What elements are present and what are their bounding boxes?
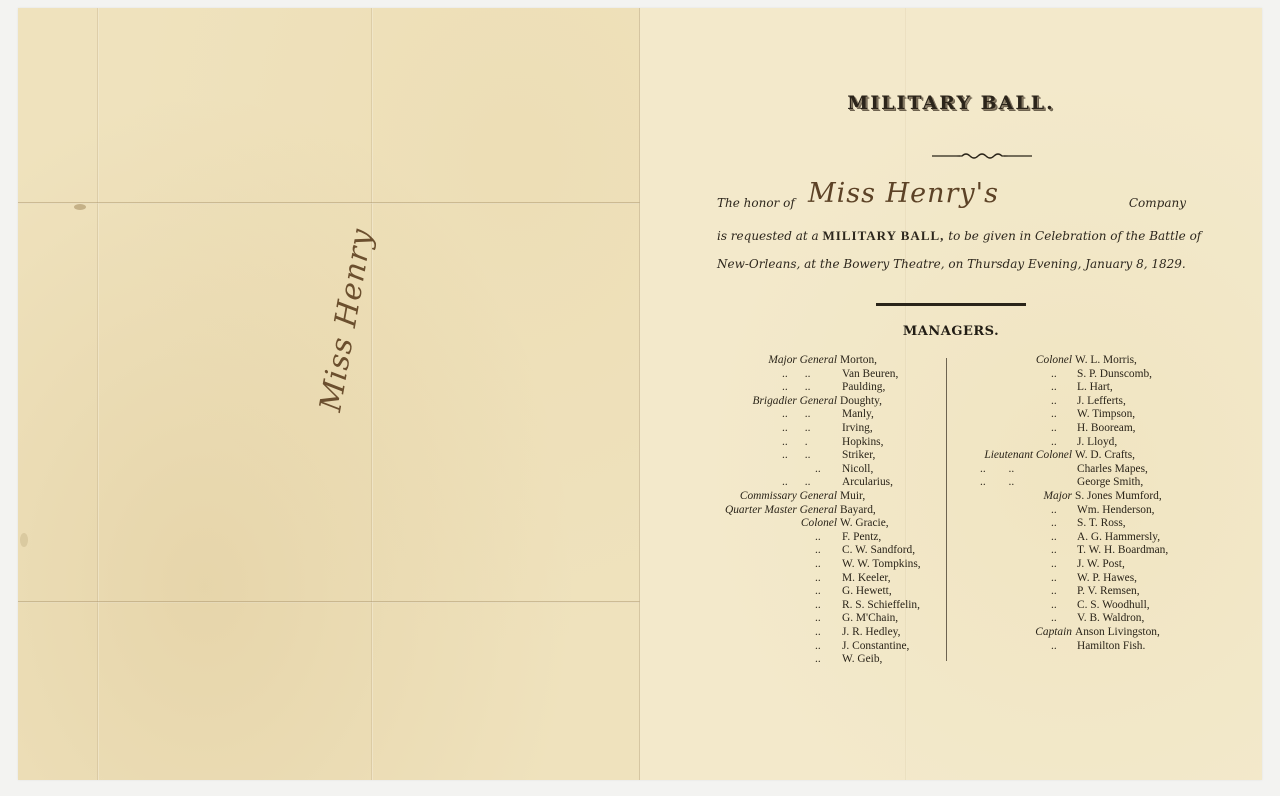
manager-name: W. P. Hawes, xyxy=(1077,572,1137,584)
manager-entry: Brigadier GeneralDoughty, xyxy=(700,395,960,409)
manager-name: P. V. Remsen, xyxy=(1077,585,1140,597)
manager-name: S. Jones Mumford, xyxy=(1075,490,1162,502)
ditto-marks: .. xyxy=(815,544,821,556)
flourish-ornament xyxy=(932,150,1032,162)
manager-rank: Major xyxy=(1044,490,1072,502)
ditto-marks: .. .. xyxy=(980,463,1014,475)
fold-line xyxy=(18,601,640,603)
ink-stain xyxy=(20,533,28,547)
manager-entry: ..J. Lloyd, xyxy=(940,436,1200,450)
manager-entry: ..A. G. Hammersly, xyxy=(940,531,1200,545)
manager-name: J. Lefferts, xyxy=(1077,395,1126,407)
ditto-marks: .. xyxy=(1051,558,1057,570)
ditto-marks: .. xyxy=(1051,585,1057,597)
manager-name: W. L. Morris, xyxy=(1075,354,1137,366)
manager-name: Anson Livingston, xyxy=(1075,626,1160,638)
manager-name: S. P. Dunscomb, xyxy=(1077,368,1152,380)
manager-rank: Major General xyxy=(768,354,837,366)
invitation-company: Company xyxy=(1129,196,1186,210)
managers-heading: MANAGERS. xyxy=(640,324,1262,339)
manager-name: Morton, xyxy=(840,354,877,366)
invitation-line-2: is requested at a MILITARY BALL, to be g… xyxy=(717,228,1197,244)
manager-entry: ..S. T. Ross, xyxy=(940,517,1200,531)
manager-name: J. Lloyd, xyxy=(1077,436,1117,448)
manager-entry: ..J. W. Post, xyxy=(940,558,1200,572)
manager-entry: .. ..Charles Mapes, xyxy=(940,463,1200,477)
ditto-marks: .. xyxy=(1051,381,1057,393)
manager-rank: Captain xyxy=(1035,626,1072,638)
manager-name: Striker, xyxy=(842,449,875,461)
manager-entry: ..P. V. Remsen, xyxy=(940,585,1200,599)
manager-entry: ..L. Hart, xyxy=(940,381,1200,395)
manager-rank: Colonel xyxy=(1036,354,1072,366)
manager-entry: ..W. Geib, xyxy=(700,653,960,667)
ditto-marks: .. xyxy=(1051,517,1057,529)
manager-name: V. B. Waldron, xyxy=(1077,612,1144,624)
manager-entry: ..J. Constantine, xyxy=(700,640,960,654)
manager-entry: ..Nicoll, xyxy=(700,463,960,477)
invitation-prefix: The honor of xyxy=(717,196,795,210)
address-handwriting: Miss Henry xyxy=(313,221,380,414)
manager-name: J. W. Post, xyxy=(1077,558,1125,570)
page-title: MILITARY BALL. xyxy=(640,92,1262,114)
manager-name: Muir, xyxy=(840,490,865,502)
manager-entry: Major GeneralMorton, xyxy=(700,354,960,368)
manager-entry: .. ..Manly, xyxy=(700,408,960,422)
manager-entry: Commissary GeneralMuir, xyxy=(700,490,960,504)
manager-name: C. W. Sandford, xyxy=(842,544,915,556)
manager-name: L. Hart, xyxy=(1077,381,1113,393)
manager-name: Arcularius, xyxy=(842,476,893,488)
manager-name: Irving, xyxy=(842,422,873,434)
manager-name: Van Beuren, xyxy=(842,368,898,380)
ditto-marks: .. xyxy=(815,640,821,652)
manager-name: W. D. Crafts, xyxy=(1075,449,1135,461)
manager-name: Paulding, xyxy=(842,381,885,393)
ditto-marks: .. xyxy=(1051,612,1057,624)
section-rule xyxy=(876,303,1026,306)
manager-rank: Colonel xyxy=(801,517,837,529)
manager-entry: ..C. S. Woodhull, xyxy=(940,599,1200,613)
manager-name: Hamilton Fish. xyxy=(1077,640,1145,652)
ditto-marks: .. xyxy=(815,653,821,665)
manager-name: Manly, xyxy=(842,408,874,420)
ditto-marks: .. .. xyxy=(980,476,1014,488)
ditto-marks: .. xyxy=(1051,408,1057,420)
manager-entry: ..J. Lefferts, xyxy=(940,395,1200,409)
ditto-marks: .. .. xyxy=(782,368,810,380)
ditto-marks: .. xyxy=(815,626,821,638)
manager-entry: ..S. P. Dunscomb, xyxy=(940,368,1200,382)
ditto-marks: .. xyxy=(815,572,821,584)
manager-entry: .. .Hopkins, xyxy=(700,436,960,450)
ditto-marks: .. . xyxy=(782,436,808,448)
ditto-marks: .. xyxy=(1051,531,1057,543)
manager-name: M. Keeler, xyxy=(842,572,891,584)
manager-entry: ..R. S. Schieffelin, xyxy=(700,599,960,613)
ditto-marks: .. xyxy=(1051,368,1057,380)
manager-entry: ColonelW. Gracie, xyxy=(700,517,960,531)
manager-name: C. S. Woodhull, xyxy=(1077,599,1150,611)
manager-entry: ..V. B. Waldron, xyxy=(940,612,1200,626)
envelope-address: Miss Henry xyxy=(314,230,374,410)
manager-entry: ColonelW. L. Morris, xyxy=(940,354,1200,368)
manager-name: R. S. Schieffelin, xyxy=(842,599,920,611)
manager-entry: Quarter Master GeneralBayard, xyxy=(700,504,960,518)
manager-entry: ..H. Booream, xyxy=(940,422,1200,436)
manager-name: W. W. Tompkins, xyxy=(842,558,921,570)
fold-line xyxy=(18,202,640,204)
manager-name: H. Booream, xyxy=(1077,422,1136,434)
ditto-marks: .. xyxy=(815,599,821,611)
manager-entry: .. ..Van Beuren, xyxy=(700,368,960,382)
manager-entry: .. ..Arcularius, xyxy=(700,476,960,490)
fold-line xyxy=(97,8,99,780)
manager-name: F. Pentz, xyxy=(842,531,881,543)
manager-name: Doughty, xyxy=(840,395,882,407)
manager-name: Charles Mapes, xyxy=(1077,463,1148,475)
manager-entry: ..C. W. Sandford, xyxy=(700,544,960,558)
manager-entry: MajorS. Jones Mumford, xyxy=(940,490,1200,504)
manager-name: A. G. Hammersly, xyxy=(1077,531,1160,543)
manager-name: T. W. H. Boardman, xyxy=(1077,544,1168,556)
manager-entry: ..T. W. H. Boardman, xyxy=(940,544,1200,558)
manager-entry: ..J. R. Hedley, xyxy=(700,626,960,640)
manager-name: Bayard, xyxy=(840,504,876,516)
manager-entry: .. ..Paulding, xyxy=(700,381,960,395)
manager-name: S. T. Ross, xyxy=(1077,517,1126,529)
manager-entry: CaptainAnson Livingston, xyxy=(940,626,1200,640)
manager-entry: ..G. Hewett, xyxy=(700,585,960,599)
guest-name-handwritten: Miss Henry's xyxy=(808,178,999,209)
invitation-line-2-prefix: is requested at a xyxy=(717,229,819,243)
manager-entry: ..F. Pentz, xyxy=(700,531,960,545)
ditto-marks: .. xyxy=(815,531,821,543)
ditto-marks: .. xyxy=(815,612,821,624)
ditto-marks: .. xyxy=(1051,422,1057,434)
manager-name: J. R. Hedley, xyxy=(842,626,900,638)
manager-entry: ..G. M'Chain, xyxy=(700,612,960,626)
ditto-marks: .. .. xyxy=(782,449,810,461)
ditto-marks: .. .. xyxy=(782,408,810,420)
invitation-event-name: MILITARY BALL, xyxy=(823,228,945,243)
manager-entry: .. ..Irving, xyxy=(700,422,960,436)
manager-rank: Lieutenant Colonel xyxy=(984,449,1072,461)
manager-name: W. Timpson, xyxy=(1077,408,1135,420)
manager-entry: ..W. Timpson, xyxy=(940,408,1200,422)
manager-rank: Commissary General xyxy=(740,490,837,502)
manager-entry: .. ..Striker, xyxy=(700,449,960,463)
manager-name: G. Hewett, xyxy=(842,585,892,597)
manager-name: Wm. Henderson, xyxy=(1077,504,1155,516)
ditto-marks: .. xyxy=(815,585,821,597)
manager-name: Nicoll, xyxy=(842,463,873,475)
manager-rank: Brigadier General xyxy=(753,395,837,407)
manager-entry: ..Hamilton Fish. xyxy=(940,640,1200,654)
address-panel: Miss Henry xyxy=(18,8,640,780)
ditto-marks: .. xyxy=(1051,395,1057,407)
manager-name: J. Constantine, xyxy=(842,640,909,652)
manager-entry: ..Wm. Henderson, xyxy=(940,504,1200,518)
ditto-marks: .. xyxy=(815,463,821,475)
manager-entry: ..W. W. Tompkins, xyxy=(700,558,960,572)
ink-stain xyxy=(74,204,86,210)
ditto-marks: .. .. xyxy=(782,422,810,434)
ditto-marks: .. .. xyxy=(782,476,810,488)
invitation-line-3: New-Orleans, at the Bowery Theatre, on T… xyxy=(717,257,1197,271)
manager-entry: .. ..George Smith, xyxy=(940,476,1200,490)
manager-name: Hopkins, xyxy=(842,436,883,448)
invitation-line-2-suffix: to be given in Celebration of the Battle… xyxy=(948,229,1201,243)
ditto-marks: .. .. xyxy=(782,381,810,393)
manager-name: George Smith, xyxy=(1077,476,1143,488)
manager-name: W. Gracie, xyxy=(840,517,889,529)
invitation-panel: MILITARY BALL. The honor of Miss Henry's… xyxy=(640,8,1262,780)
ditto-marks: .. xyxy=(815,558,821,570)
ditto-marks: .. xyxy=(1051,599,1057,611)
manager-entry: Lieutenant ColonelW. D. Crafts, xyxy=(940,449,1200,463)
ditto-marks: .. xyxy=(1051,436,1057,448)
manager-entry: ..W. P. Hawes, xyxy=(940,572,1200,586)
manager-entry: ..M. Keeler, xyxy=(700,572,960,586)
ditto-marks: .. xyxy=(1051,640,1057,652)
manager-name: G. M'Chain, xyxy=(842,612,898,624)
invitation-sheet: Miss Henry MILITARY BALL. The honor of M… xyxy=(18,8,1262,780)
manager-name: W. Geib, xyxy=(842,653,882,665)
ditto-marks: .. xyxy=(1051,504,1057,516)
ditto-marks: .. xyxy=(1051,544,1057,556)
manager-rank: Quarter Master General xyxy=(725,504,837,516)
ditto-marks: .. xyxy=(1051,572,1057,584)
